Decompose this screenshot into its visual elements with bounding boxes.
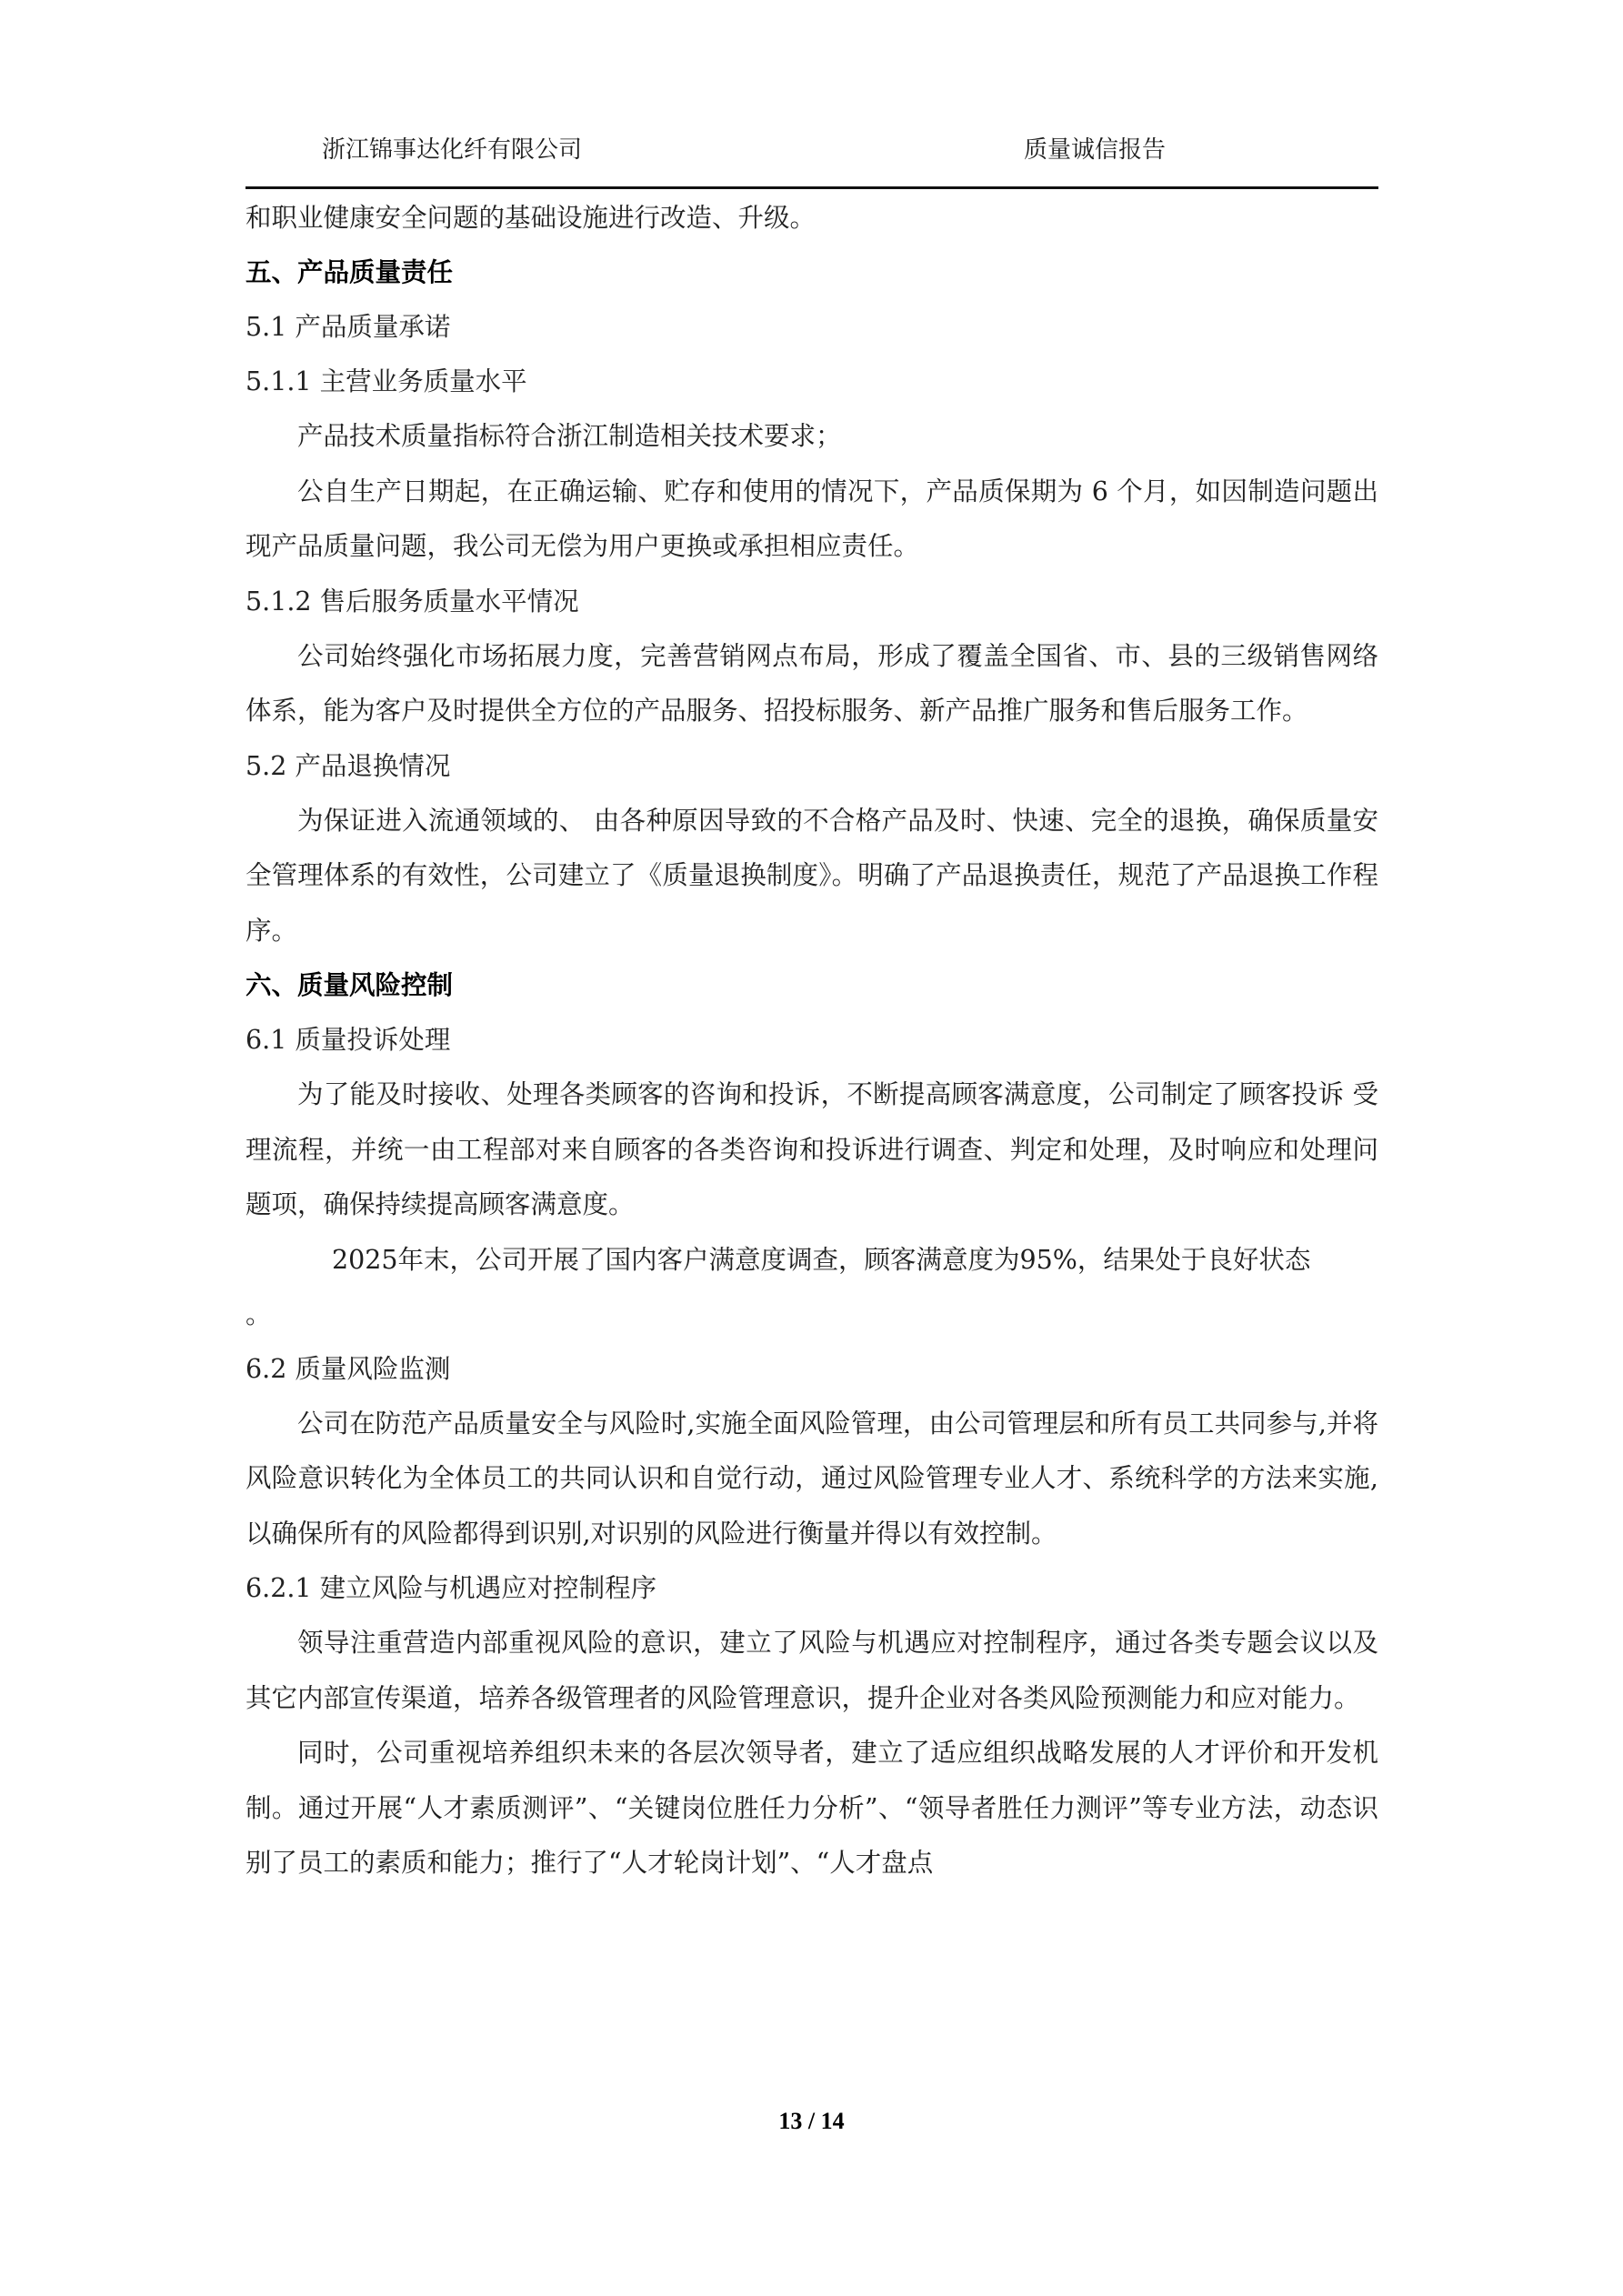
paragraph: 领导注重营造内部重视风险的意识，建立了风险与机遇应对控制程序，通过各类专题会议以… <box>245 1616 1378 1726</box>
page-header: 浙江锦事达化纤有限公司 质量诚信报告 <box>245 127 1378 187</box>
document-body: 和职业健康安全问题的基础设施进行改造、升级。 五、产品质量责任 5.1 产品质量… <box>245 191 1378 1891</box>
page-number: 13 / 14 <box>0 2108 1623 2135</box>
paragraph: 为了能及时接收、处理各类顾客的咨询和投诉，不断提高顾客满意度，公司制定了顾客投诉… <box>245 1068 1378 1233</box>
subsection-heading-5-2: 5.2 产品退换情况 <box>245 739 1378 794</box>
subsection-heading-6-1: 6.1 质量投诉处理 <box>245 1013 1378 1068</box>
paragraph-satisfaction: 2025年末，公司开展了国内客户满意度调查，顾客满意度为95%，结果处于良好状态 <box>245 1233 1378 1288</box>
document-page: 浙江锦事达化纤有限公司 质量诚信报告 和职业健康安全问题的基础设施进行改造、升级… <box>0 0 1623 2296</box>
paragraph: 同时，公司重视培养组织未来的各层次领导者，建立了适应组织战略发展的人才评价和开发… <box>245 1726 1378 1891</box>
header-divider <box>245 186 1378 189</box>
paragraph: 为保证进入流通领域的、 由各种原因导致的不合格产品及时、快速、完全的退换，确保质… <box>245 794 1378 959</box>
paragraph: 公自生产日期起，在正确运输、贮存和使用的情况下，产品质保期为 6 个月，如因制造… <box>245 465 1378 575</box>
subsection-heading-5-1-1: 5.1.1 主营业务质量水平 <box>245 355 1378 409</box>
section-heading-5: 五、产品质量责任 <box>245 246 1378 300</box>
header-report-title: 质量诚信报告 <box>1024 131 1166 165</box>
paragraph-trailing-period: 。 <box>245 1288 1378 1342</box>
paragraph: 公司始终强化市场拓展力度，完善营销网点布局，形成了覆盖全国省、市、县的三级销售网… <box>245 629 1378 739</box>
header-company-name: 浙江锦事达化纤有限公司 <box>322 131 582 165</box>
continuation-text: 和职业健康安全问题的基础设施进行改造、升级。 <box>245 191 1378 246</box>
paragraph: 产品技术质量指标符合浙江制造相关技术要求； <box>245 409 1378 465</box>
paragraph: 公司在防范产品质量安全与风险时,实施全面风险管理，由公司管理层和所有员工共同参与… <box>245 1397 1378 1562</box>
subsection-heading-6-2: 6.2 质量风险监测 <box>245 1342 1378 1397</box>
subsection-heading-5-1: 5.1 产品质量承诺 <box>245 300 1378 355</box>
subsection-heading-6-2-1: 6.2.1 建立风险与机遇应对控制程序 <box>245 1561 1378 1616</box>
section-heading-6: 六、质量风险控制 <box>245 958 1378 1013</box>
subsection-heading-5-1-2: 5.1.2 售后服务质量水平情况 <box>245 575 1378 629</box>
